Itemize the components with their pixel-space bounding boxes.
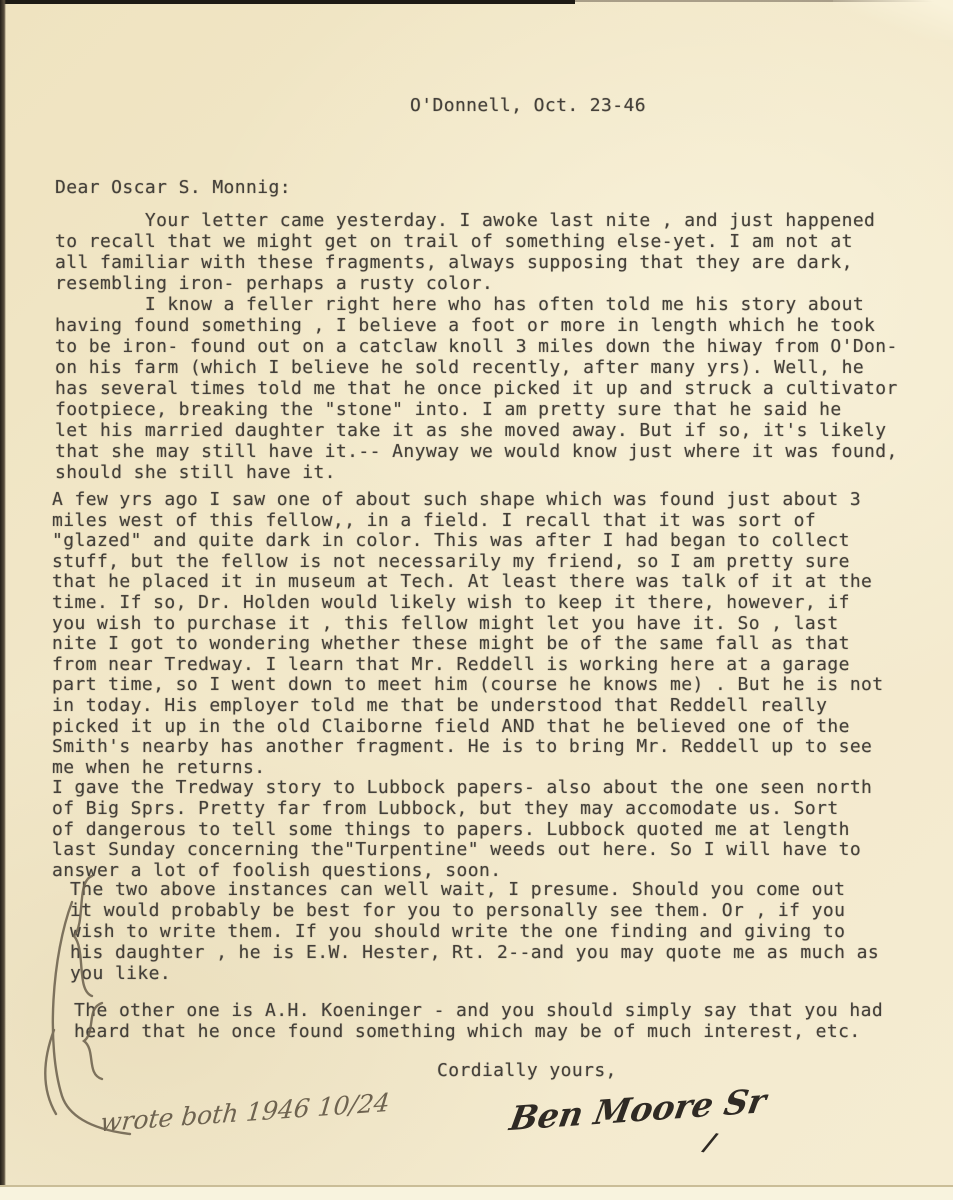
signature: Ben Moore Sr [507, 1081, 769, 1138]
paragraph-4: The other one is A.H. Koeninger - and yo… [74, 1000, 883, 1042]
salutation: Dear Oscar S. Monnig: [55, 177, 291, 198]
paragraph-2: A few yrs ago I saw one of about such sh… [52, 490, 884, 881]
paper-bottom-edge [0, 1185, 953, 1200]
margin-brace-paragraph-3 [74, 876, 92, 996]
scan-edge-left [0, 0, 6, 1188]
dateline: O'Donnell, Oct. 23-46 [410, 95, 646, 116]
letter-scan: O'Donnell, Oct. 23-46 Dear Oscar S. Monn… [0, 0, 953, 1200]
margin-brace-paragraph-4 [84, 1003, 102, 1079]
scan-edge-top [0, 0, 575, 4]
closing: Cordially yours, [437, 1060, 617, 1081]
paper-corner-highlight [833, 0, 953, 40]
paragraph-1: Your letter came yesterday. I awoke last… [55, 210, 898, 483]
paragraph-3: The two above instances can well wait, I… [70, 879, 879, 984]
signature-tick-mark: / [702, 1127, 718, 1158]
